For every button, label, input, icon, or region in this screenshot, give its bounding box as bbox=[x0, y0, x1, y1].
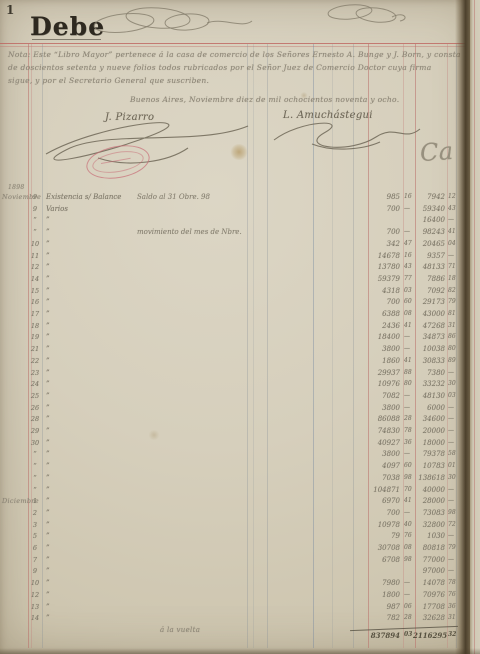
amount1-cell: 700 bbox=[350, 205, 400, 213]
amount1-cell: 7082 bbox=[350, 392, 400, 400]
day-cell: ” bbox=[28, 450, 42, 458]
day-cell: 19 bbox=[28, 333, 42, 341]
amount2-cell: 20000 bbox=[413, 427, 445, 435]
ledger-row: 17”6388084300081 bbox=[0, 310, 458, 321]
day-cell: 3 bbox=[28, 521, 42, 529]
description-cell: ” bbox=[46, 333, 50, 341]
day-cell: 11 bbox=[28, 252, 42, 260]
amount2-cell: 17708 bbox=[413, 603, 445, 611]
amount2-cell: 16400 bbox=[413, 216, 445, 224]
amount2-cell: 7942 bbox=[413, 193, 445, 201]
day-cell: 29 bbox=[28, 427, 42, 435]
description-cell: ” bbox=[46, 310, 50, 318]
day-cell: ” bbox=[28, 486, 42, 494]
day-cell: 23 bbox=[28, 369, 42, 377]
amount1-cell: 4318 bbox=[350, 287, 400, 295]
amount1-cell: 74830 bbox=[350, 427, 400, 435]
amount2-cell: 29173 bbox=[413, 298, 445, 306]
amount1-cell: 1860 bbox=[350, 357, 400, 365]
ledger-row: 18”2436414726831 bbox=[0, 322, 458, 333]
amount1-cell: 14678 bbox=[350, 252, 400, 260]
description-cell: ” bbox=[46, 415, 50, 423]
description-cell: ” bbox=[46, 240, 50, 248]
day-cell: 17 bbox=[28, 310, 42, 318]
description-cell: ” bbox=[46, 404, 50, 412]
description-cell: ” bbox=[46, 497, 50, 505]
ledger-row: 16”700602917379 bbox=[0, 298, 458, 309]
description-cell: ” bbox=[46, 591, 50, 599]
ledger-row: 5”79761030— bbox=[0, 532, 458, 543]
amount2-cell: 32628 bbox=[413, 614, 445, 622]
amount2-cell: 9357 bbox=[413, 252, 445, 260]
total-amount-2: 2116295 bbox=[413, 631, 445, 640]
ledger-row: 24”10976803323230 bbox=[0, 380, 458, 391]
amount1-cell: 2436 bbox=[350, 322, 400, 330]
amount1-cell: 3800 bbox=[350, 450, 400, 458]
day-cell: 26 bbox=[28, 404, 42, 412]
top-rule-primary bbox=[0, 43, 480, 44]
day-cell: 28 bbox=[28, 415, 42, 423]
description-cell: ” bbox=[46, 509, 50, 517]
amount2-cell: 34873 bbox=[413, 333, 445, 341]
amount2-cell: 138618 bbox=[413, 474, 445, 482]
description-cell: ” bbox=[46, 544, 50, 552]
carry-over-note: á la vuelta bbox=[160, 626, 200, 634]
amount1-cell: 18400 bbox=[350, 333, 400, 341]
ledger-row: 14”782283262831 bbox=[0, 614, 458, 625]
description-cell: ” bbox=[46, 556, 50, 564]
ledger-row: 3”10978403280072 bbox=[0, 521, 458, 532]
ledger-row: 10”7980—1407878 bbox=[0, 579, 458, 590]
day-cell: 9 bbox=[28, 567, 42, 575]
day-cell: 15 bbox=[28, 287, 42, 295]
description-cell: ” bbox=[46, 216, 50, 224]
ledger-row: 12”1800—7097676 bbox=[0, 591, 458, 602]
amount1-cell: 3800 bbox=[350, 345, 400, 353]
amount1-cell: 985 bbox=[350, 193, 400, 201]
amount2-cell: 30833 bbox=[413, 357, 445, 365]
amount2-cell: 6000 bbox=[413, 404, 445, 412]
amount2-cell: 7092 bbox=[413, 287, 445, 295]
amount2-cell: 20465 bbox=[413, 240, 445, 248]
day-cell: 7 bbox=[28, 556, 42, 564]
description-cell: ” bbox=[46, 579, 50, 587]
next-page-sliver bbox=[470, 0, 480, 654]
top-rule-secondary bbox=[0, 46, 480, 47]
signature-right-flourish bbox=[252, 118, 432, 160]
amount1-cell: 700 bbox=[350, 298, 400, 306]
day-cell: ” bbox=[28, 462, 42, 470]
paper-stain-small bbox=[300, 92, 308, 99]
ledger-row: 9Varios700—5934043 bbox=[0, 205, 458, 216]
day-cell: 10 bbox=[28, 579, 42, 587]
description-cell: ” bbox=[46, 298, 50, 306]
ledger-row: 1”69704128000— bbox=[0, 497, 458, 508]
description-cell: ” bbox=[46, 252, 50, 260]
day-cell: 2 bbox=[28, 509, 42, 517]
ledger-row: 6”30708088081879 bbox=[0, 544, 458, 555]
amount2-cell: 80818 bbox=[413, 544, 445, 552]
note-cell: Saldo al 31 Obre. 98 bbox=[137, 193, 210, 201]
ledger-row: 13”987061770836 bbox=[0, 603, 458, 614]
amount1-cell: 29937 bbox=[350, 369, 400, 377]
description-cell: ” bbox=[46, 345, 50, 353]
description-cell: ” bbox=[46, 392, 50, 400]
ledger-row: 28”860882834600— bbox=[0, 415, 458, 426]
ledger-row: 15”431803709282 bbox=[0, 287, 458, 298]
amount1-cell: 3800 bbox=[350, 404, 400, 412]
ledger-page-scan: 1 Debe Nota: Este “Libro Mayor” pertenec… bbox=[0, 0, 480, 654]
ledger-row: 21”3800—1003880 bbox=[0, 345, 458, 356]
totals-row: 837894 03 2116295 32 bbox=[0, 631, 458, 642]
amount1-cell: 13780 bbox=[350, 263, 400, 271]
description-cell: ” bbox=[46, 439, 50, 447]
amount2-cell: 32800 bbox=[413, 521, 445, 529]
description-cell: ” bbox=[46, 369, 50, 377]
ledger-row: ””70389813861830 bbox=[0, 474, 458, 485]
note-cell: movimiento del mes de Nbre. bbox=[137, 228, 242, 236]
pencil-doodle-scribbles bbox=[92, 3, 412, 37]
ledger-row: ””4097601078301 bbox=[0, 462, 458, 473]
ledger-row: ””movimiento del mes de Nbre.700—9824341 bbox=[0, 228, 458, 239]
description-cell: ” bbox=[46, 567, 50, 575]
month-label: Diciembre bbox=[2, 497, 39, 505]
amount2-cell: 1030 bbox=[413, 532, 445, 540]
amount1-cell: 700 bbox=[350, 228, 400, 236]
amount1-cell: 4097 bbox=[350, 462, 400, 470]
amount1-cell: 86088 bbox=[350, 415, 400, 423]
description-cell: ” bbox=[46, 427, 50, 435]
amount1-cell: 40927 bbox=[350, 439, 400, 447]
day-cell: ” bbox=[28, 474, 42, 482]
amount1-cell: 6970 bbox=[350, 497, 400, 505]
ledger-row: 23”29937887380— bbox=[0, 369, 458, 380]
day-cell: 10 bbox=[28, 240, 42, 248]
day-cell: 12 bbox=[28, 263, 42, 271]
ledger-row: 14”5937977788618 bbox=[0, 275, 458, 286]
amount2-cell: 7380 bbox=[413, 369, 445, 377]
amount2-cell: 48130 bbox=[413, 392, 445, 400]
amount1-cell: 342 bbox=[350, 240, 400, 248]
day-cell: 13 bbox=[28, 603, 42, 611]
next-page-red-rule bbox=[474, 0, 475, 654]
description-cell: ” bbox=[46, 357, 50, 365]
day-cell: 21 bbox=[28, 345, 42, 353]
header-note-line2: de doscientos setenta y nueve folios tod… bbox=[8, 63, 432, 72]
amount1-cell: 79 bbox=[350, 532, 400, 540]
amount1-cell: 10976 bbox=[350, 380, 400, 388]
description-cell: ” bbox=[46, 462, 50, 470]
amount1-cell: 104871 bbox=[350, 486, 400, 494]
header-note-line1: Nota: Este “Libro Mayor” pertenece á la … bbox=[8, 50, 461, 59]
ledger-row: 29”748307820000— bbox=[0, 427, 458, 438]
description-cell: ” bbox=[46, 532, 50, 540]
ledger-row: 30”409273618000— bbox=[0, 439, 458, 450]
day-cell: 14 bbox=[28, 275, 42, 283]
amount2-cell: 70976 bbox=[413, 591, 445, 599]
header-note-date-line: Buenos Aires, Noviembre diez de mil ocho… bbox=[130, 95, 399, 104]
amount2-cell: 18000 bbox=[413, 439, 445, 447]
day-cell: 14 bbox=[28, 614, 42, 622]
description-cell: Varios bbox=[46, 205, 68, 213]
description-cell: ” bbox=[46, 474, 50, 482]
day-cell: 24 bbox=[28, 380, 42, 388]
stamp-inner-ring bbox=[91, 148, 146, 177]
day-cell: 6 bbox=[28, 544, 42, 552]
amount1-cell: 6388 bbox=[350, 310, 400, 318]
description-cell: ” bbox=[46, 263, 50, 271]
amount1-cell: 10978 bbox=[350, 521, 400, 529]
description-cell: ” bbox=[46, 521, 50, 529]
amount1-cell: 700 bbox=[350, 509, 400, 517]
amount2-cell: 73083 bbox=[413, 509, 445, 517]
description-cell: ” bbox=[46, 603, 50, 611]
day-cell: 18 bbox=[28, 322, 42, 330]
amount2-cell: 48133 bbox=[413, 263, 445, 271]
day-cell: ” bbox=[28, 216, 42, 224]
amount2-cell: 10783 bbox=[413, 462, 445, 470]
day-cell: 30 bbox=[28, 439, 42, 447]
amount2-cell: 97000 bbox=[413, 567, 445, 575]
amount1-cell: 7980 bbox=[350, 579, 400, 587]
amount2-cell: 10038 bbox=[413, 345, 445, 353]
page-edge-shadow bbox=[455, 0, 470, 654]
amount2-cell: 7886 bbox=[413, 275, 445, 283]
ledger-row: 7”67089877000— bbox=[0, 556, 458, 567]
ledger-row: 10”342472046504 bbox=[0, 240, 458, 251]
bottom-edge-shadow bbox=[0, 648, 480, 654]
ledger-row: 2”700—7308398 bbox=[0, 509, 458, 520]
ledger-row: 9Existencia s/ BalanceSaldo al 31 Obre. … bbox=[0, 193, 458, 204]
year-label: 1898 bbox=[8, 184, 24, 191]
amount1-cell: 1800 bbox=[350, 591, 400, 599]
amount1-cell: 6708 bbox=[350, 556, 400, 564]
description-cell: ” bbox=[46, 380, 50, 388]
ledger-row: 22”1860413083389 bbox=[0, 357, 458, 368]
description-cell: ” bbox=[46, 450, 50, 458]
amount2-cell: 59340 bbox=[413, 205, 445, 213]
amount2-cell: 79378 bbox=[413, 450, 445, 458]
amount2-cell: 43000 bbox=[413, 310, 445, 318]
header-note-line3: sigue, y por el Secretario General que s… bbox=[8, 76, 209, 85]
paper-stain bbox=[230, 144, 248, 160]
day-cell: 5 bbox=[28, 532, 42, 540]
folio-mark: Ca bbox=[419, 137, 454, 167]
amount2-cell: 34600 bbox=[413, 415, 445, 423]
amount1-cell: 7038 bbox=[350, 474, 400, 482]
amount2-cell: 47268 bbox=[413, 322, 445, 330]
day-cell: ” bbox=[28, 228, 42, 236]
description-cell: ” bbox=[46, 287, 50, 295]
amount2-cell: 98243 bbox=[413, 228, 445, 236]
amount1-cell: 30708 bbox=[350, 544, 400, 552]
amount2-cell: 40000 bbox=[413, 486, 445, 494]
ledger-row: 26”3800—6000— bbox=[0, 404, 458, 415]
description-cell: ” bbox=[46, 614, 50, 622]
description-cell: ” bbox=[46, 486, 50, 494]
ledger-row: ””1048717040000— bbox=[0, 486, 458, 497]
description-cell: Existencia s/ Balance bbox=[46, 193, 121, 201]
ledger-row: ””3800—7937858 bbox=[0, 450, 458, 461]
ledger-row: 11”14678169357— bbox=[0, 252, 458, 263]
description-cell: ” bbox=[46, 322, 50, 330]
description-cell: ” bbox=[46, 228, 50, 236]
amount2-cell: 28000 bbox=[413, 497, 445, 505]
ledger-row: 25”7082—4813003 bbox=[0, 392, 458, 403]
amount1-cell: 782 bbox=[350, 614, 400, 622]
amount2-cell: 33232 bbox=[413, 380, 445, 388]
day-cell: 16 bbox=[28, 298, 42, 306]
total-amount-1: 837894 bbox=[350, 631, 400, 640]
amount2-cell: 14078 bbox=[413, 579, 445, 587]
amount1-cell: 987 bbox=[350, 603, 400, 611]
day-cell: 9 bbox=[28, 205, 42, 213]
day-cell: 22 bbox=[28, 357, 42, 365]
day-cell: 25 bbox=[28, 392, 42, 400]
amount1-cell: 59379 bbox=[350, 275, 400, 283]
ledger-row: 9”97000— bbox=[0, 567, 458, 578]
amount2-cell: 77000 bbox=[413, 556, 445, 564]
ledger-row: 12”13780434813371 bbox=[0, 263, 458, 274]
day-cell: 12 bbox=[28, 591, 42, 599]
month-label: Noviembre bbox=[2, 193, 41, 201]
description-cell: ” bbox=[46, 275, 50, 283]
page-number: 1 bbox=[6, 3, 14, 17]
ledger-row: 19”18400—3487386 bbox=[0, 333, 458, 344]
ledger-row: ””16400— bbox=[0, 216, 458, 227]
